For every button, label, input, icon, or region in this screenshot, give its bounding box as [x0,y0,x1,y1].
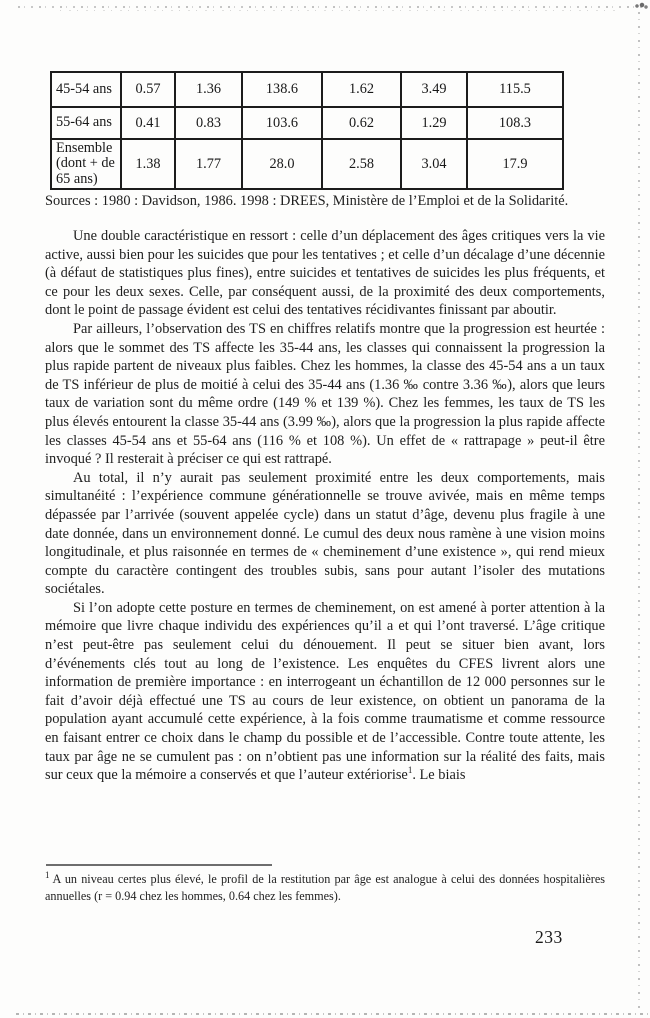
footnote-text: 1A un niveau certes plus élevé, le profi… [45,871,605,904]
table-cell: 1.38 [121,139,175,189]
table-sources-caption: Sources : 1980 : Davidson, 1986. 1998 : … [45,192,605,211]
table-cell: 0.57 [121,72,175,107]
table-row-45-54: 45-54 ans 0.57 1.36 138.6 1.62 3.49 115.… [51,72,563,107]
table-cell: 28.0 [242,139,322,189]
paragraph-4-text-continued: . Le biais [412,767,465,783]
body-paragraph-4: Si l’on adopte cette posture en termes d… [45,599,605,785]
table-cell: 1.77 [175,139,242,189]
body-paragraph-3: Au total, il n’y aurait pas seulement pr… [45,469,605,599]
table-cell: 2.58 [322,139,401,189]
scanned-page: 45-54 ans 0.57 1.36 138.6 1.62 3.49 115.… [0,0,650,1018]
footnote-number: 1 [45,870,50,880]
table-cell: 108.3 [467,107,563,139]
scan-noise-top-secondary [60,10,620,11]
footnote-body: A un niveau certes plus élevé, le profil… [45,872,605,903]
page-number: 233 [535,927,563,948]
table-cell: 115.5 [467,72,563,107]
table-cell: 1.29 [401,107,467,139]
paragraph-4-text: Si l’on adopte cette posture en termes d… [45,600,605,783]
table-cell-age-label: 45-54 ans [51,72,121,107]
table-cell: 1.62 [322,72,401,107]
table-cell-age-label: 55-64 ans [51,107,121,139]
page-content: 45-54 ans 0.57 1.36 138.6 1.62 3.49 115.… [45,71,605,785]
footnote-separator [46,864,272,866]
table-cell: 3.04 [401,139,467,189]
body-paragraph-2: Par ailleurs, l’observation des TS en ch… [45,320,605,469]
table-cell: 3.49 [401,72,467,107]
table-row-ensemble: Ensemble (dont + de 65 ans) 1.38 1.77 28… [51,139,563,189]
table-cell-age-label: Ensemble (dont + de 65 ans) [51,139,121,189]
table-row-55-64: 55-64 ans 0.41 0.83 103.6 0.62 1.29 108.… [51,107,563,139]
scan-noise-bottom [16,1013,650,1015]
statistics-table: 45-54 ans 0.57 1.36 138.6 1.62 3.49 115.… [50,71,564,190]
scan-noise-right [638,12,640,1012]
table-cell: 103.6 [242,107,322,139]
body-paragraph-1: Une double caractéristique en ressort : … [45,227,605,320]
table-cell: 0.83 [175,107,242,139]
table-cell: 1.36 [175,72,242,107]
table-cell: 17.9 [467,139,563,189]
scan-corner-mark [634,2,648,10]
footnote-area: 1A un niveau certes plus élevé, le profi… [45,864,605,904]
table-cell: 138.6 [242,72,322,107]
scan-noise-top [18,6,644,8]
table-cell: 0.62 [322,107,401,139]
table-cell: 0.41 [121,107,175,139]
